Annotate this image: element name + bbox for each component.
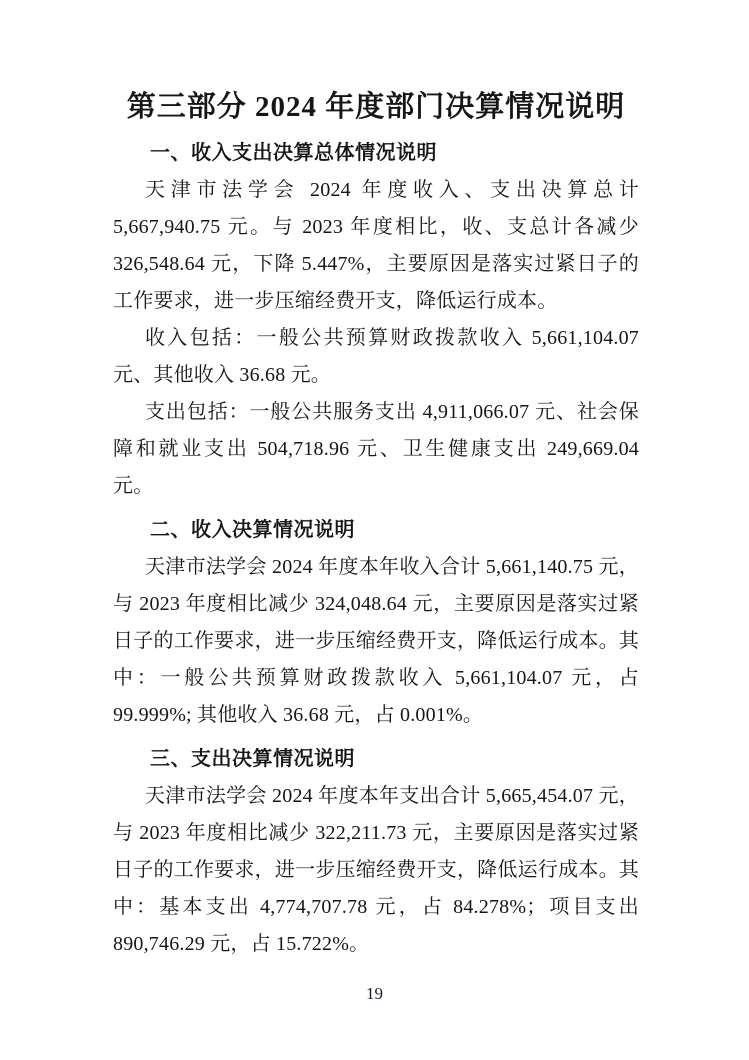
section-3-paragraph-1: 天津市法学会 2024 年度本年支出合计 5,665,454.07 元，与 20… (113, 778, 639, 963)
section-expenditure-statement: 三、支出决算情况说明 天津市法学会 2024 年度本年支出合计 5,665,45… (113, 741, 639, 963)
document-content: 第三部分 2024 年度部门决算情况说明 一、收入支出决算总体情况说明 天津市法… (0, 0, 749, 963)
section-1-paragraph-2: 收入包括：一般公共预算财政拨款收入 5,661,104.07 元、其他收入 36… (113, 320, 639, 394)
section-3-heading: 三、支出决算情况说明 (150, 741, 639, 778)
document-page: 第三部分 2024 年度部门决算情况说明 一、收入支出决算总体情况说明 天津市法… (0, 0, 749, 1060)
section-1-heading: 一、收入支出决算总体情况说明 (150, 135, 639, 172)
section-1-paragraph-3: 支出包括：一般公共服务支出 4,911,066.07 元、社会保障和就业支出 5… (113, 394, 639, 505)
section-income-expenditure-overview: 一、收入支出决算总体情况说明 天津市法学会 2024 年度收入、支出决算总计 5… (113, 135, 639, 505)
section-income-statement: 二、收入决算情况说明 天津市法学会 2024 年度本年收入合计 5,661,14… (113, 512, 639, 734)
document-title: 第三部分 2024 年度部门决算情况说明 (113, 86, 639, 128)
section-2-heading: 二、收入决算情况说明 (150, 512, 639, 549)
section-2-paragraph-1: 天津市法学会 2024 年度本年收入合计 5,661,140.75 元，与 20… (113, 549, 639, 734)
page-number: 19 (0, 984, 749, 1004)
section-1-paragraph-1: 天津市法学会 2024 年度收入、支出决算总计 5,667,940.75 元。与… (113, 172, 639, 320)
